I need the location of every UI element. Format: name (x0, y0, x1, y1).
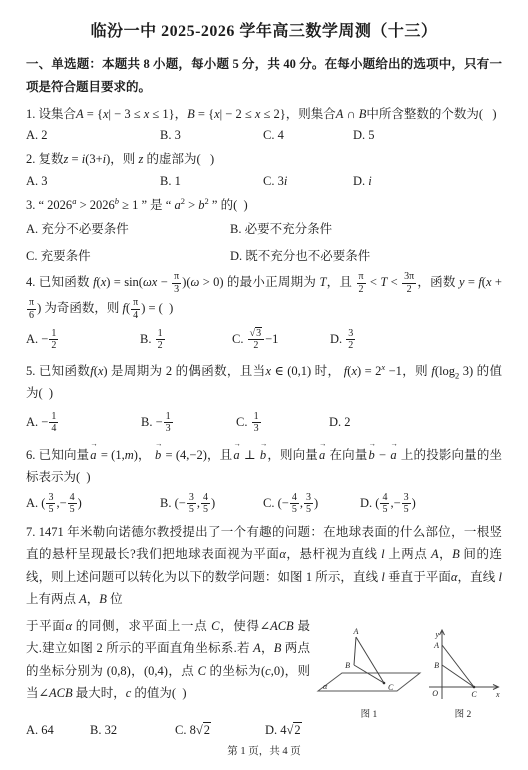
figure-1-diagram: A B C α (316, 625, 422, 701)
option-a: A. 3 (26, 174, 160, 189)
figure-2-label-b: B (434, 661, 439, 670)
question-5-stem: 5. 已知函数f(x) 是周期为 2 的偶函数，且当x ∈ (0,1) 时， f… (26, 360, 502, 405)
page-footer: 第 1 页，共 4 页 (0, 743, 528, 758)
question-7-figures: A B C α 图 1 (316, 613, 502, 720)
section-heading: 一、单选题：本题共 8 小题，每小题 5 分，共 40 分。在每小题给出的选项中… (26, 53, 502, 99)
option-d: D. 32 (330, 328, 502, 352)
option-a: A. 2 (26, 128, 160, 143)
question-3-options: A. 充分不必要条件 B. 必要不充分条件 C. 充要条件 D. 既不充分也不必… (26, 219, 502, 264)
question-7-options: A. 64 B. 32 C. 8√2 D. 4√2 (26, 723, 502, 738)
option-b: B. (−35,45) (160, 492, 263, 516)
question-1-stem: 1. 设集合A = {x| − 3 ≤ x ≤ 1}，B = {x| − 2 ≤… (26, 103, 502, 126)
figure-2-label-c: C (471, 690, 477, 699)
figure-1-label-alpha: α (323, 682, 328, 691)
option-d: D. i (353, 174, 502, 189)
option-d: D. (45,−35) (360, 492, 502, 516)
figure-2-diagram: y A B O C x (424, 625, 502, 701)
question-7-stem-part2: 于平面α 的同侧，求平面上一点 C，使得∠ACB 最大.建立如图 2 所示的平面… (26, 615, 310, 705)
option-c: C. (−45,35) (263, 492, 360, 516)
question-6: 6. 已知向量a = (1,m)， b = (4,−2)，且a ⊥ b，则向量a… (26, 443, 502, 516)
question-1: 1. 设集合A = {x| − 3 ≤ x ≤ 1}，B = {x| − 2 ≤… (26, 103, 502, 144)
figure-2-caption: 图 2 (424, 706, 502, 720)
question-7-body: 于平面α 的同侧，求平面上一点 C，使得∠ACB 最大.建立如图 2 所示的平面… (26, 613, 502, 720)
option-b: B. 32 (90, 723, 175, 738)
option-b: B. −13 (141, 411, 236, 435)
question-6-options: A. (35,−45) B. (−35,45) C. (−45,35) D. (… (26, 492, 502, 516)
figure-1: A B C α 图 1 (316, 625, 422, 720)
figure-2-label-a: A (433, 641, 439, 650)
option-b: B. 1 (160, 174, 263, 189)
option-a: A. −12 (26, 328, 140, 352)
figure-2: y A B O C x 图 2 (424, 625, 502, 720)
option-c: C. √32−1 (232, 328, 330, 352)
question-1-options: A. 2 B. 3 C. 4 D. 5 (26, 128, 502, 143)
page-title: 临汾一中 2025-2026 学年高三数学周测（十三） (26, 18, 502, 41)
option-b: B. 3 (160, 128, 263, 143)
question-4-stem: 4. 已知函数 f(x) = sin(ωx − π3)(ω > 0) 的最小正周… (26, 269, 502, 322)
exam-page: 临汾一中 2025-2026 学年高三数学周测（十三） 一、单选题：本题共 8 … (0, 0, 528, 770)
question-5-options: A. −14 B. −13 C. 13 D. 2 (26, 411, 502, 435)
question-2-options: A. 3 B. 1 C. 3i D. i (26, 174, 502, 189)
option-c: C. 充要条件 (26, 246, 230, 264)
figure-1-label-b: B (345, 661, 350, 670)
option-d: D. 5 (353, 128, 502, 143)
question-4: 4. 已知函数 f(x) = sin(ωx − π3)(ω > 0) 的最小正周… (26, 269, 502, 352)
option-a: A. (35,−45) (26, 492, 160, 516)
question-7: 7. 1471 年米勒向诺德尔教授提出了一个有趣的问题：在地球表面的什么部位，一… (26, 521, 502, 738)
question-5: 5. 已知函数f(x) 是周期为 2 的偶函数，且当x ∈ (0,1) 时， f… (26, 360, 502, 435)
figure-2-label-y: y (434, 630, 439, 639)
question-4-options: A. −12 B. 12 C. √32−1 D. 32 (26, 328, 502, 352)
option-a: A. 64 (26, 723, 90, 738)
option-a: A. −14 (26, 411, 141, 435)
option-b: B. 12 (140, 328, 232, 352)
figure-1-caption: 图 1 (316, 706, 422, 720)
option-b: B. 必要不充分条件 (230, 219, 502, 237)
figure-2-label-o: O (432, 689, 438, 698)
question-7-stem-part1: 7. 1471 年米勒向诺德尔教授提出了一个有趣的问题：在地球表面的什么部位，一… (26, 521, 502, 611)
option-a: A. 充分不必要条件 (26, 219, 230, 237)
figure-2-label-x: x (495, 690, 500, 699)
question-2-stem: 2. 复数z = i(3+i)，则 z 的虚部为( ) (26, 148, 502, 171)
option-d: D. 既不充分也不必要条件 (230, 246, 502, 264)
option-d: D. 2 (329, 415, 502, 430)
question-2: 2. 复数z = i(3+i)，则 z 的虚部为( ) A. 3 B. 1 C.… (26, 148, 502, 189)
question-3: 3. “ 2026a > 2026b ≥ 1 ” 是 “ a2 > b2 ” 的… (26, 194, 502, 265)
figure-1-label-a: A (353, 627, 359, 636)
option-c: C. 13 (236, 411, 329, 435)
option-d: D. 4√2 (265, 723, 502, 738)
question-3-stem: 3. “ 2026a > 2026b ≥ 1 ” 是 “ a2 > b2 ” 的… (26, 194, 502, 217)
question-6-stem: 6. 已知向量a = (1,m)， b = (4,−2)，且a ⊥ b，则向量a… (26, 443, 502, 489)
option-c: C. 8√2 (175, 723, 265, 738)
option-c: C. 4 (263, 128, 353, 143)
option-c: C. 3i (263, 174, 353, 189)
figure-1-label-c: C (388, 683, 394, 692)
